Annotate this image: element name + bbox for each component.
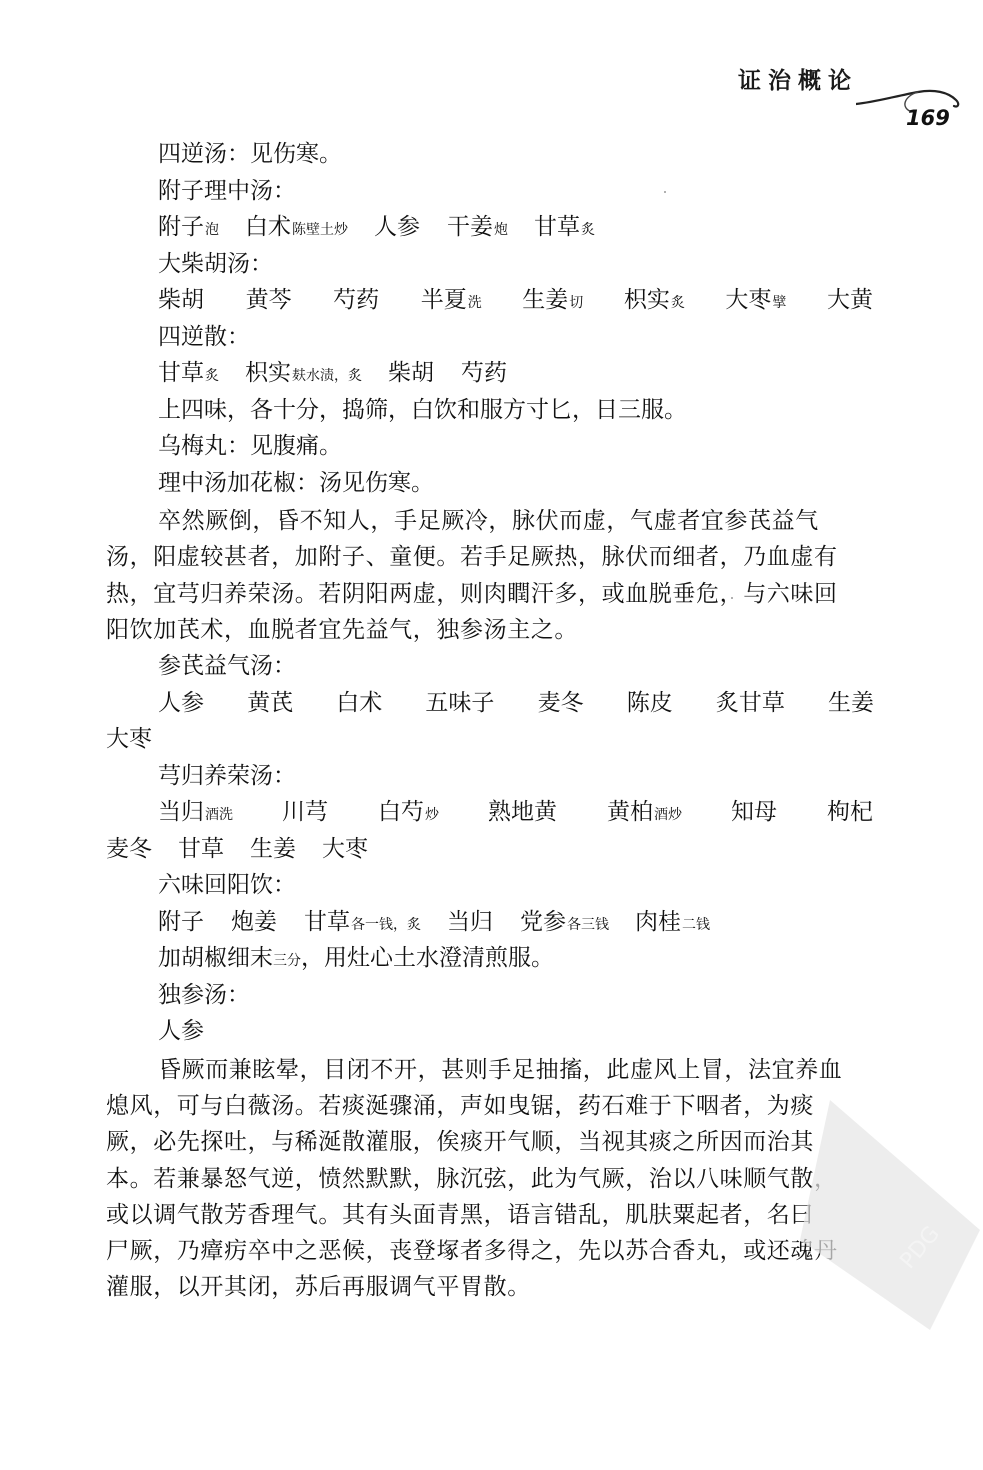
paragraph-line: 厥，必先探吐，与稀涎散灌服，俟痰开气顺，当视其痰之所因而治其 [106, 1124, 876, 1160]
page-body: 四逆汤：见伤寒。 附子理中汤： 附子泡 白术陈壁土炒 人参 干姜炮 甘草炙 大柴… [106, 136, 876, 1306]
paragraph-line: 阳饮加芪术，血脱者宜先益气，独参汤主之。 [106, 612, 876, 648]
herb: 人参 [374, 209, 421, 249]
herb-list: 人参 [106, 1013, 876, 1050]
herb: 芍药 [333, 282, 380, 322]
herb: 川芎 [282, 794, 329, 834]
recipe-reference: 四逆汤：见伤寒。 [106, 136, 876, 173]
paragraph-line: 或以调气散芳香理气。其有头面青黑，语言错乱，肌肤粟起者，名曰 [106, 1197, 876, 1233]
herb: 大枣擘 [725, 282, 786, 322]
recipe-instructions: 加胡椒细末三分，用灶心土水澄清煎服。 [106, 940, 876, 977]
herb: 芍药 [461, 355, 508, 395]
herb: 炮姜 [231, 904, 278, 944]
recipe-title: 芎归养荣汤： [106, 758, 876, 795]
herb: 当归 [447, 904, 494, 944]
herb: 白术 [336, 685, 382, 722]
page-number: 169 [906, 106, 950, 130]
herb: 甘草各一钱，炙 [304, 904, 421, 944]
herb: 大黄 [827, 282, 874, 322]
recipe-title: 四逆散： [106, 319, 876, 356]
herb: 熟地黄 [488, 794, 558, 834]
herb: 甘草 [178, 831, 224, 868]
body-paragraph: 昏厥而兼眩晕，目闭不开，甚则手足抽搐，此虚风上冒，法宜养血 熄风，可与白薇汤。若… [106, 1052, 876, 1306]
recipe-title: 附子理中汤： [106, 173, 876, 210]
herb: 附子 [158, 904, 205, 944]
recipe-instructions: 上四味，各十分，捣筛，白饮和服方寸匕，日三服。 [106, 392, 876, 429]
paragraph-line: 本。若兼暴怒气逆，愤然默默，脉沉弦，此为气厥，治以八味顺气散， [106, 1161, 876, 1197]
herb: 生姜切 [522, 282, 583, 322]
herb-list: 甘草炙 枳实麸水渍，炙 柴胡 芍药 [106, 355, 876, 392]
paragraph-line: 汤，阳虚较甚者，加附子、童便。若手足厥热，脉伏而细者，乃血虚有 [106, 539, 876, 575]
herb: 枳实炙 [624, 282, 685, 322]
svg-text:PDG: PDG [895, 1222, 945, 1274]
scan-speck [664, 191, 666, 193]
herb-list: 附子 炮姜 甘草各一钱，炙 当归 党参各三钱 肉桂二钱 [106, 904, 876, 941]
paragraph-line: 卒然厥倒，昏不知人，手足厥冷，脉伏而虚，气虚者宜参芪益气 [106, 503, 876, 539]
herb: 五味子 [425, 685, 494, 722]
herb: 黄芪 [247, 685, 293, 722]
herb: 柴胡 [388, 355, 435, 395]
herb: 知母 [731, 794, 778, 834]
recipe-title: 六味回阳饮： [106, 867, 876, 904]
herb: 人参 [158, 685, 204, 722]
herb: 生姜 [828, 685, 874, 722]
herb: 柴胡 [158, 282, 205, 322]
herb: 炙甘草 [716, 685, 785, 722]
herb: 甘草炙 [534, 209, 595, 249]
recipe-reference: 理中汤加花椒：汤见伤寒。 [106, 465, 876, 502]
recipe-title: 独参汤： [106, 977, 876, 1014]
herb-list: 当归酒洗 川芎 白芍炒 熟地黄 黄柏酒炒 知母 枸杞 [106, 794, 874, 831]
body-paragraph: 卒然厥倒，昏不知人，手足厥冷，脉伏而虚，气虚者宜参芪益气 汤，阳虚较甚者，加附子… [106, 503, 876, 648]
herb: 甘草炙 [158, 355, 219, 395]
herb-list-continued: 大枣 [106, 721, 876, 758]
herb: 生姜 [250, 831, 296, 868]
herb: 党参各三钱 [520, 904, 609, 944]
herb: 陈皮 [627, 685, 673, 722]
recipe-title: 参芪益气汤： [106, 648, 876, 685]
paragraph-line: 热，宜芎归养荣汤。若阴阳两虚，则肉瞤汗多，或血脱垂危，与六味回 [106, 576, 876, 612]
herb: 枳实麸水渍，炙 [245, 355, 362, 395]
herb: 白芍炒 [378, 794, 439, 834]
herb: 大枣 [322, 831, 368, 868]
chapter-title: 证治概论 [738, 62, 858, 95]
herb: 麦冬 [106, 831, 152, 868]
herb-list: 人参 黄芪 白术 五味子 麦冬 陈皮 炙甘草 生姜 [106, 685, 874, 722]
paragraph-line: 尸厥，乃瘴疠卒中之恶候，丧登塚者多得之，先以苏合香丸，或还魂丹 [106, 1233, 876, 1269]
herb: 黄芩 [246, 282, 293, 322]
herb: 麦冬 [538, 685, 584, 722]
herb: 干姜炮 [447, 209, 508, 249]
herb: 当归酒洗 [158, 794, 233, 834]
herb: 附子泡 [158, 209, 219, 249]
herb: 人参 [158, 1013, 204, 1050]
paragraph-line: 昏厥而兼眩晕，目闭不开，甚则手足抽搐，此虚风上冒，法宜养血 [106, 1052, 876, 1088]
herb: 肉桂二钱 [635, 904, 710, 944]
running-header: 证治概论 169 [738, 62, 978, 132]
recipe-reference: 乌梅丸：见腹痛。 [106, 428, 876, 465]
herb: 半夏洗 [421, 282, 482, 322]
paragraph-line: 熄风，可与白薇汤。若痰涎骤涌，声如曳锯，药石难于下咽者，为痰 [106, 1088, 876, 1124]
herb-list: 柴胡 黄芩 芍药 半夏洗 生姜切 枳实炙 大枣擘 大黄 [106, 282, 874, 319]
herb: 大枣 [106, 721, 152, 758]
herb: 枸杞 [827, 794, 874, 834]
recipe-title: 大柴胡汤： [106, 246, 876, 283]
herb: 黄柏酒炒 [607, 794, 682, 834]
scan-speck [731, 597, 733, 599]
paragraph-line: 灌服，以开其闭，苏后再服调气平胃散。 [106, 1269, 876, 1305]
herb-list: 附子泡 白术陈壁土炒 人参 干姜炮 甘草炙 [106, 209, 876, 246]
herb-list-continued: 麦冬 甘草 生姜 大枣 [106, 831, 876, 868]
herb: 白术陈壁土炒 [245, 209, 348, 249]
